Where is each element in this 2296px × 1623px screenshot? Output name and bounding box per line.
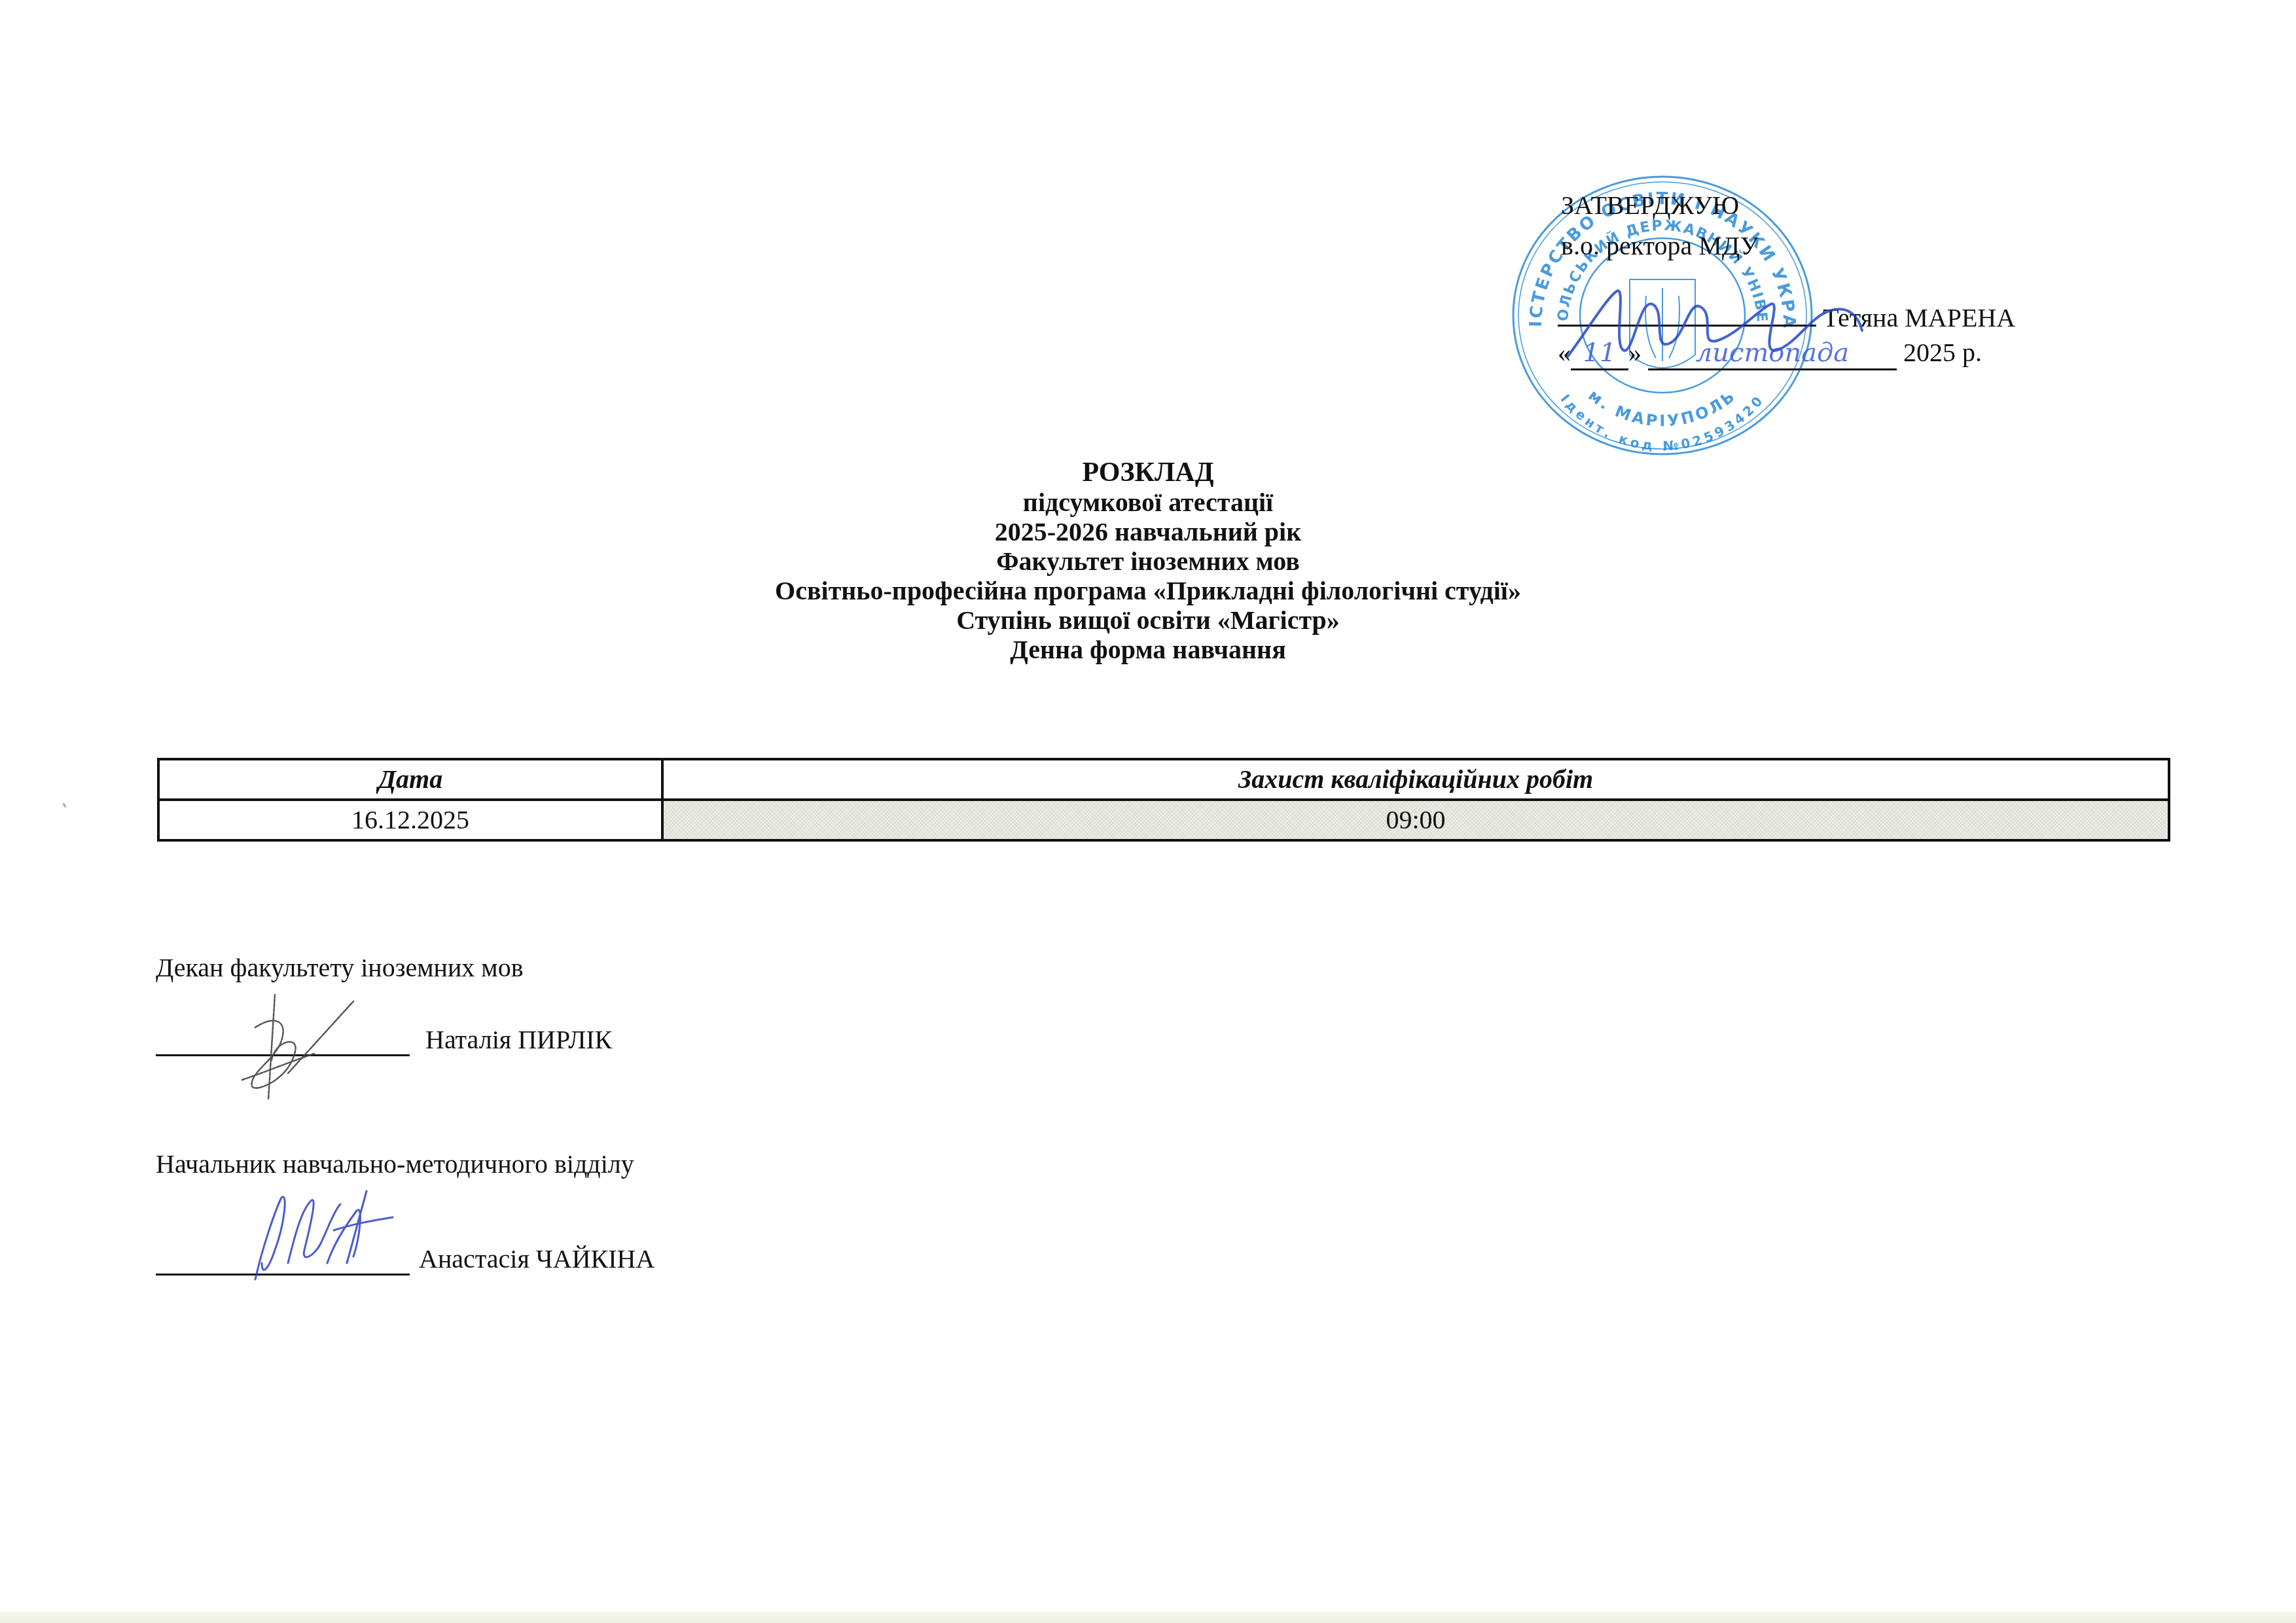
table-row: 16.12.2025 09:00 (158, 800, 2169, 840)
header-line-attestation: підсумкової атестації (0, 488, 2296, 517)
date-month-field: листопада (1648, 337, 1897, 370)
column-header-date: Дата (158, 759, 662, 800)
header-line-academic-year: 2025-2026 навчальний рік (0, 517, 2296, 546)
svg-text:м. МАРІУПОЛЬ: м. МАРІУПОЛЬ (1585, 386, 1740, 431)
date-year: 2025 р. (1903, 338, 1982, 367)
scan-speck (62, 803, 66, 808)
document-title: РОЗКЛАД (0, 458, 2296, 488)
date-open-quote: « (1558, 338, 1571, 367)
cell-defense-time: 09:00 (662, 800, 2169, 840)
scan-edge (0, 1611, 2296, 1623)
approval-role: в.о. ректора МДУ (1561, 230, 1759, 262)
dean-signature-line (156, 1054, 410, 1056)
date-day-handwritten: 11 (1583, 338, 1617, 368)
rector-signature-line (1558, 301, 1816, 327)
dean-position: Декан факультету іноземних мов (156, 952, 524, 984)
rector-signature-row: Тетяна МАРЕНА (1558, 301, 2015, 334)
cell-date: 16.12.2025 (158, 800, 662, 840)
column-header-defense: Захист кваліфікаційних робіт (662, 759, 2169, 800)
dean-name: Наталія ПИРЛІК (425, 1024, 612, 1056)
date-month-handwritten: листопада (1696, 338, 1849, 368)
head-signature-row: Анастасія ЧАЙКІНА (156, 1243, 810, 1283)
rector-name: Тетяна МАРЕНА (1823, 303, 2015, 332)
table-header-row: Дата Захист кваліфікаційних робіт (158, 759, 2169, 800)
svg-text:Ідент. код №02593420: Ідент. код №02593420 (1558, 391, 1768, 454)
header-line-program: Освітньо-професійна програма «Прикладні … (0, 576, 2296, 605)
date-day-field: 11 (1571, 337, 1628, 370)
header-line-degree: Ступінь вищої освіти «Магістр» (0, 605, 2296, 635)
document-header: РОЗКЛАД підсумкової атестації 2025-2026 … (0, 458, 2296, 664)
header-line-faculty: Факультет іноземних мов (0, 546, 2296, 576)
dean-signature-row: Наталія ПИРЛІК (156, 1024, 810, 1063)
approval-title: ЗАТВЕРДЖУЮ (1561, 190, 1739, 221)
head-position: Начальник навчально-методичного відділу (156, 1149, 634, 1180)
document-page: МІНІСТЕРСТВО ОСВІТИ І НАУКИ УКРАЇНИ МАРІ… (0, 0, 2296, 1623)
approval-date-row: «11» листопада 2025 р. (1558, 337, 1982, 370)
date-close-quote: » (1628, 338, 1641, 367)
head-name: Анастасія ЧАЙКІНА (419, 1243, 655, 1275)
header-line-study-form: Денна форма навчання (0, 635, 2296, 664)
head-signature-line (156, 1274, 410, 1275)
schedule-table: Дата Захист кваліфікаційних робіт 16.12.… (157, 758, 2170, 842)
